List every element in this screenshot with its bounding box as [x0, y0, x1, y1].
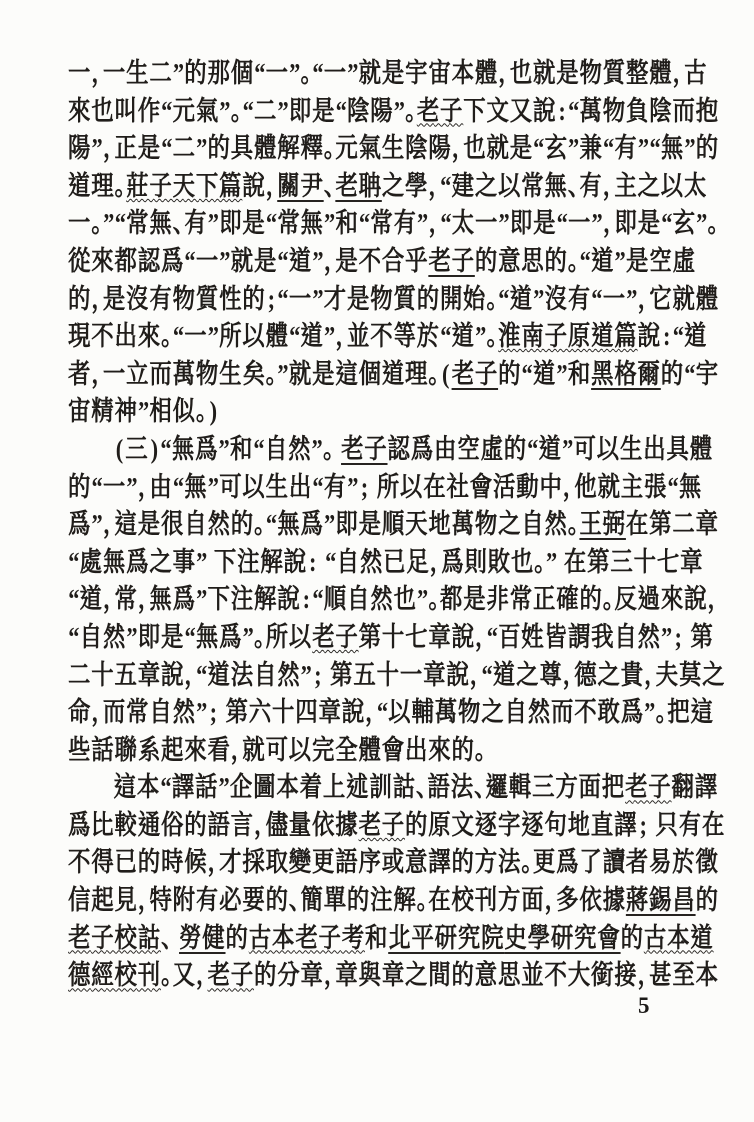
punctuation: “	[568, 93, 580, 131]
text-segment: 的意思的。“道”是空虛	[475, 246, 696, 276]
punctuation: ，	[638, 281, 650, 319]
text-line: (三)“無爲”和“自然”。 老子認爲由空虛的“道”可以生出具體	[68, 431, 616, 469]
punctuation: ，	[544, 882, 556, 920]
punctuation: ;	[359, 469, 371, 507]
text-segment: 的“一”，由“無”可以生出“有”; 所以在社會活動中，他就主張“無	[68, 472, 702, 502]
punctuation: ，	[324, 957, 336, 995]
proper-name-mark: 王弼	[579, 509, 625, 539]
punctuation: “	[173, 318, 185, 356]
text-segment: “自然”即是“無爲”。所以	[68, 622, 312, 652]
punctuation: ”	[562, 431, 574, 469]
punctuation: ”	[417, 581, 429, 619]
punctuation: ，	[91, 356, 103, 394]
punctuation: ”	[91, 130, 103, 168]
punctuation: “	[377, 694, 389, 732]
text-segment: 現不出來。“一”所以體“道”，並不等於“道”。	[68, 321, 498, 351]
text-line: 爲比較通俗的語言，儘量依據老子的原文逐字逐句地直譯; 只有在	[68, 807, 616, 845]
text-segment: 不得已的時候，才採取變更語序或意譯的方法。更爲了讀者易於徵	[68, 847, 719, 877]
proper-name-mark: 老聃	[335, 171, 381, 201]
punctuation: :	[301, 581, 313, 619]
punctuation: ，	[470, 657, 482, 695]
punctuation: 。	[568, 243, 580, 281]
book-title-mark: 古本老子考	[249, 923, 365, 953]
punctuation: “	[533, 130, 545, 168]
punctuation: ，	[498, 55, 510, 93]
punctuation: “	[68, 544, 80, 582]
text-segment: (三)“無爲”和“自然”。	[114, 434, 341, 464]
punctuation: “	[661, 205, 673, 243]
punctuation: 。	[486, 281, 498, 319]
text-segment: 命，而常自然”; 第六十四章說，“以輔萬物之自然而不敢爲”。把這	[68, 697, 714, 727]
punctuation: ”	[324, 205, 336, 243]
punctuation: ”	[218, 431, 230, 469]
punctuation: 。	[231, 93, 243, 131]
text-segment: 爲比較通俗的語言，儘量依據	[68, 810, 359, 840]
punctuation: “	[440, 205, 452, 243]
punctuation: “	[359, 205, 371, 243]
text-segment: 說:“道	[638, 321, 708, 351]
punctuation: ”	[684, 130, 696, 168]
book-page: 一，一生二”的那個“一”。“一”就是宇宙本體，也就是物質整體，古來也叫作“元氣”…	[0, 0, 754, 1122]
punctuation: ”	[614, 243, 626, 281]
punctuation: ”	[347, 55, 359, 93]
punctuation: “	[160, 431, 172, 469]
punctuation: ”	[475, 318, 487, 356]
page-number: 5	[638, 993, 650, 1019]
punctuation: “	[603, 130, 615, 168]
punctuation: ”	[498, 205, 510, 243]
text-line: 一，一生二”的那個“一”。“一”就是宇宙本體，也就是物質整體，古	[68, 55, 616, 93]
punctuation: 、	[173, 205, 185, 243]
proper-name-mark: 關尹	[277, 171, 323, 201]
punctuation: ，	[138, 882, 150, 920]
punctuation: “	[684, 356, 696, 394]
punctuation: 。	[475, 732, 487, 770]
punctuation: ，	[365, 694, 377, 732]
text-segment: 二十五章說，“道法自然”; 第五十一章說，“道之尊，德之貴，夫莫之	[68, 660, 725, 690]
punctuation: “	[527, 431, 539, 469]
punctuation: “	[579, 243, 591, 281]
punctuation: ，	[254, 807, 266, 845]
punctuation: 。	[323, 431, 335, 469]
proper-name-mark: 黑格爾	[591, 359, 661, 389]
punctuation: ”	[208, 205, 220, 243]
text-line: 命，而常自然”; 第六十四章說，“以輔萬物之自然而不敢爲”。把這	[68, 694, 616, 732]
punctuation: “	[68, 581, 80, 619]
punctuation: “	[160, 769, 172, 807]
text-segment: 的	[226, 923, 249, 953]
book-title-mark: 老子	[625, 772, 671, 802]
punctuation: ，	[637, 957, 649, 995]
punctuation: “	[591, 281, 603, 319]
punctuation: “	[266, 205, 278, 243]
punctuation: “	[498, 281, 510, 319]
punctuation: 、	[289, 882, 301, 920]
punctuation: ，	[231, 732, 243, 770]
book-title-mark: 德經校刊	[68, 960, 161, 990]
book-title-mark: 老子	[312, 622, 358, 652]
punctuation: “	[161, 93, 173, 131]
punctuation: ;	[637, 807, 649, 845]
text-line: 德經校刊。又，老子的分章，章與章之間的意思並不大銜接，甚至本	[68, 957, 616, 995]
punctuation: 。	[603, 581, 615, 619]
proper-name-mark: 老子	[428, 246, 474, 276]
punctuation: ，	[430, 544, 442, 582]
punctuation: ，	[428, 168, 440, 206]
text-line: 宙精神”相似。)	[68, 393, 616, 431]
text-line: 爲”，這是很自然的。“無爲”即是順天地萬物之自然。王弼在第二章	[68, 506, 616, 544]
punctuation: ”	[638, 130, 650, 168]
punctuation: ”	[219, 243, 231, 281]
punctuation: ”	[347, 469, 359, 507]
book-title-mark: 老子	[417, 96, 463, 126]
punctuation: ”	[417, 205, 429, 243]
punctuation: ”	[312, 281, 324, 319]
punctuation: ”	[533, 281, 545, 319]
text-line: 信起見，特附有必要的、簡單的注解。在校刊方面，多依據蔣錫昌的	[68, 882, 616, 920]
punctuation: )	[207, 393, 219, 431]
punctuation: ，	[103, 506, 115, 544]
text-segment: 道理。	[68, 171, 126, 201]
punctuation: ，	[324, 243, 336, 281]
text-segment: 從來都認爲“一”就是“道”，是不合乎	[68, 246, 428, 276]
punctuation: ”	[208, 469, 220, 507]
punctuation: ”	[312, 243, 324, 281]
proper-name-mark: 史學研究會	[504, 923, 620, 953]
punctuation: 。	[266, 356, 278, 394]
punctuation: ”	[196, 581, 208, 619]
text-segment: 爲”，這是很自然的。“無爲”即是順天地萬物之自然。	[68, 509, 579, 539]
punctuation: ”	[196, 130, 208, 168]
punctuation: “	[277, 243, 289, 281]
text-line: “處無爲之事” 下注解說: “自然已足，爲則敗也。” 在第三十七章	[68, 544, 616, 582]
punctuation: “	[161, 130, 173, 168]
punctuation: 。	[428, 356, 440, 394]
punctuation: 。	[114, 168, 126, 206]
punctuation: ，	[266, 168, 278, 206]
punctuation: 。	[254, 506, 266, 544]
punctuation: ，	[103, 581, 115, 619]
text-segment: 。又，	[161, 960, 208, 990]
punctuation: ”	[626, 281, 638, 319]
text-line: 一。”“常無、有”即是“常無”和“常有”，“太一”即是“一”，即是“玄”。	[68, 205, 616, 243]
punctuation: “	[521, 356, 533, 394]
text-line: “道，常，無爲”下注解說:“順自然也”。都是非常正確的。反過來說，	[68, 581, 616, 619]
punctuation: ;	[207, 694, 219, 732]
book-title-mark: 老子	[207, 960, 253, 990]
punctuation: 。	[91, 205, 103, 243]
text-segment: 信起見，特附有必要的、簡單的注解。在校刊方面，多依據	[68, 885, 626, 915]
punctuation: ”	[138, 393, 150, 431]
text-line: 來也叫作“元氣”。“二”即是“陰陽”。老子下文又說:“萬物負陰而抱	[68, 93, 616, 131]
punctuation: ”	[219, 93, 231, 131]
punctuation: “	[312, 55, 324, 93]
punctuation: ”	[207, 318, 219, 356]
punctuation: “	[672, 318, 684, 356]
punctuation: ”	[661, 619, 673, 657]
text-segment: 的，是沒有物質性的;“一”才是物質的開始。“道”沒有“一”，它就體	[68, 284, 719, 314]
book-title-mark: 淮南子原道篇	[498, 321, 637, 351]
punctuation: ”	[196, 694, 208, 732]
text-segment: 陽”，正是“二”的具體解釋。元氣生陰陽，也就是“玄”兼“有”“無”的	[68, 133, 719, 163]
punctuation: ”	[289, 55, 301, 93]
punctuation: ，	[707, 581, 719, 619]
text-line: 陽”，正是“二”的具體解釋。元氣生陰陽，也就是“玄”兼“有”“無”的	[68, 130, 616, 168]
punctuation: ”	[103, 205, 115, 243]
text-line: 二十五章說，“道法自然”; 第五十一章說，“道之尊，德之貴，夫莫之	[68, 657, 616, 695]
punctuation: ”	[242, 619, 254, 657]
text-segment: 來也叫作“元氣”。“二”即是“陰陽”。	[68, 96, 417, 126]
punctuation: “	[253, 431, 265, 469]
punctuation: “	[440, 168, 452, 206]
punctuation: 、	[324, 168, 336, 206]
punctuation: ;	[266, 281, 278, 319]
punctuation: ;	[672, 619, 684, 657]
text-segment: 的“道”和	[498, 359, 591, 389]
punctuation: ”	[126, 619, 138, 657]
punctuation: 。	[521, 844, 533, 882]
punctuation: 。	[487, 318, 499, 356]
punctuation: 、	[474, 769, 486, 807]
punctuation: “	[312, 469, 324, 507]
punctuation: ，	[207, 844, 219, 882]
text-segment: 宙精神”相似。)	[68, 396, 219, 426]
punctuation: ”	[556, 356, 568, 394]
text-line: 從來都認爲“一”就是“道”，是不合乎老子的意思的。“道”是空虛	[68, 243, 616, 281]
punctuation: “	[312, 581, 324, 619]
punctuation: 。	[708, 205, 720, 243]
punctuation: )	[149, 431, 161, 469]
text-line: “自然”即是“無爲”。所以老子第十七章說，“百姓皆謂我自然”; 第	[68, 619, 616, 657]
punctuation: ”	[324, 318, 336, 356]
text-segment: 些話聯系起來看，就可以完全體會出來的。	[68, 735, 486, 765]
punctuation: “	[115, 205, 127, 243]
punctuation: ，	[672, 55, 684, 93]
text-line: 老子校詁、 勞健的古本老子考和北平研究院史學研究會的古本道	[68, 920, 616, 958]
punctuation: 。	[254, 619, 266, 657]
punctuation: ，	[138, 581, 150, 619]
punctuation: ，	[91, 55, 103, 93]
punctuation: (	[114, 431, 126, 469]
punctuation: 、	[161, 920, 173, 958]
punctuation: 。	[196, 393, 208, 431]
text-segment: 者，一立而萬物生矣。”就是這個道理。(	[68, 359, 452, 389]
punctuation: “	[184, 243, 196, 281]
punctuation: “	[68, 619, 80, 657]
book-title-mark: 老子校詁	[68, 923, 161, 953]
text-segment: 之學，“建之以常無、有，主之以太	[382, 171, 707, 201]
punctuation: ，	[91, 281, 103, 319]
punctuation: ，	[138, 469, 150, 507]
punctuation: ，	[563, 657, 575, 695]
text-segment: 的	[696, 885, 719, 915]
punctuation: ;	[312, 657, 324, 695]
punctuation: :	[556, 93, 568, 131]
text-line: 不得已的時候，才採取變更語序或意譯的方法。更爲了讀者易於徵	[68, 844, 616, 882]
proper-name-mark: 老子	[341, 434, 387, 464]
text-line: 道理。莊子天下篇說，關尹、老聃之學，“建之以常無、有，主之以太	[68, 168, 616, 206]
punctuation: ”	[126, 469, 138, 507]
text-segment: 和	[365, 923, 388, 953]
punctuation: ，	[184, 657, 196, 695]
text-segment: 的“宇	[661, 359, 719, 389]
text-line: 這本“譯話”企圖本着上述訓詁、語法、邏輯三方面把老子翻譯	[68, 769, 616, 807]
text-segment: 的分章，章與章之間的意思並不大銜接，甚至本	[254, 960, 719, 990]
text-segment: 下文又說:“萬物負陰而抱	[463, 96, 719, 126]
book-title-mark: 老子	[359, 810, 405, 840]
punctuation: ”	[568, 130, 580, 168]
punctuation: “	[196, 657, 208, 695]
punctuation: “	[184, 619, 196, 657]
text-segment: 認爲由空虛的“道”可以生出具體	[388, 434, 713, 464]
text-block: 一，一生二”的那個“一”。“一”就是宇宙本體，也就是物質整體，古來也叫作“元氣”…	[68, 55, 728, 995]
punctuation: ，	[452, 130, 464, 168]
punctuation: “	[325, 544, 337, 582]
text-segment: 說，	[242, 171, 277, 201]
punctuation: ”	[311, 431, 323, 469]
proper-name-mark: 蔣錫昌	[626, 885, 696, 915]
punctuation: ，	[428, 205, 440, 243]
punctuation: ”	[277, 93, 289, 131]
punctuation: ，	[196, 957, 208, 995]
punctuation: “	[173, 469, 185, 507]
punctuation: 、	[568, 168, 580, 206]
text-line: 現不出來。“一”所以體“道”，並不等於“道”。淮南子原道篇說:“道	[68, 318, 616, 356]
punctuation: 、	[416, 769, 428, 807]
punctuation: “	[91, 469, 103, 507]
punctuation: ”	[91, 506, 103, 544]
punctuation: ”	[324, 506, 336, 544]
punctuation: 。	[656, 694, 668, 732]
text-line: 些話聯系起來看，就可以完全體會出來的。	[68, 732, 616, 770]
punctuation: 。	[405, 93, 417, 131]
text-segment: 這本“譯話”企圖本着上述訓詁、語法、邏輯三方面把	[114, 772, 625, 802]
punctuation: “	[289, 318, 301, 356]
punctuation: (	[440, 356, 452, 394]
punctuation: 。	[417, 882, 429, 920]
punctuation: ”	[300, 657, 312, 695]
punctuation: 。	[568, 506, 580, 544]
proper-name-mark: 北平研究院	[388, 923, 504, 953]
punctuation: “	[556, 205, 568, 243]
punctuation: “	[266, 506, 278, 544]
proper-name-mark: 老子	[452, 359, 498, 389]
text-segment: 翻譯	[672, 772, 718, 802]
book-title-mark: 古本道	[644, 923, 714, 953]
punctuation: ”	[644, 694, 656, 732]
text-segment: 的原文逐字逐句地直譯; 只有在	[405, 810, 725, 840]
punctuation: :	[307, 544, 319, 582]
punctuation: ，	[103, 130, 115, 168]
punctuation: “	[486, 619, 498, 657]
punctuation: “	[649, 130, 661, 168]
text-segment: “道，常，無爲”下注解說:“順自然也”。都是非常正確的。反過來說，	[68, 584, 719, 614]
punctuation: 。	[161, 957, 173, 995]
punctuation: “	[277, 281, 289, 319]
punctuation: ”	[196, 544, 208, 582]
punctuation: ，	[475, 619, 487, 657]
punctuation: “	[335, 93, 347, 131]
punctuation: ，	[603, 168, 615, 206]
punctuation: ”	[277, 356, 289, 394]
punctuation: ”	[173, 55, 185, 93]
text-line: 者，一立而萬物生矣。”就是這個道理。(老子的“道”和黑格爾的“宇	[68, 356, 616, 394]
punctuation: ，	[563, 469, 575, 507]
punctuation: 。	[428, 581, 440, 619]
punctuation: 。	[301, 55, 313, 93]
punctuation: ，	[335, 318, 347, 356]
text-line: 的“一”，由“無”可以生出“有”; 所以在社會活動中，他就主張“無	[68, 469, 616, 507]
text-segment: “處無爲之事” 下注解說: “自然已足，爲則敗也。” 在第三十七章	[68, 547, 703, 577]
text-segment: 在第二章	[626, 509, 719, 539]
punctuation: ，	[644, 657, 656, 695]
text-segment: 的	[621, 923, 644, 953]
proper-name-mark: 勞健	[179, 923, 225, 953]
punctuation: “	[481, 657, 493, 695]
punctuation: “	[254, 55, 266, 93]
punctuation: ，	[91, 694, 103, 732]
text-line: 的，是沒有物質性的;“一”才是物質的開始。“道”沒有“一”，它就體	[68, 281, 616, 319]
book-title-mark: 莊子天下篇	[126, 171, 242, 201]
punctuation: “	[242, 93, 254, 131]
text-segment: 第十七章說，“百姓皆謂我自然”; 第	[359, 622, 714, 652]
punctuation: :	[661, 318, 673, 356]
punctuation: “	[667, 469, 679, 507]
text-segment: 一，一生二”的那個“一”。“一”就是宇宙本體，也就是物質整體，古	[68, 58, 707, 88]
punctuation: 。	[534, 544, 546, 582]
text-segment: 、	[161, 923, 179, 953]
punctuation: ”	[218, 769, 230, 807]
punctuation: ，	[603, 205, 615, 243]
text-segment: 、	[324, 171, 336, 201]
punctuation: “	[440, 318, 452, 356]
punctuation: 。	[324, 130, 336, 168]
punctuation: ”	[394, 93, 406, 131]
punctuation: ”	[546, 544, 558, 582]
punctuation: ”	[591, 205, 603, 243]
text-segment: 一。”“常無、有”即是“常無”和“常有”，“太一”即是“一”，即是“玄”。	[68, 208, 719, 238]
punctuation: ”	[696, 205, 708, 243]
punctuation: 。	[161, 318, 173, 356]
